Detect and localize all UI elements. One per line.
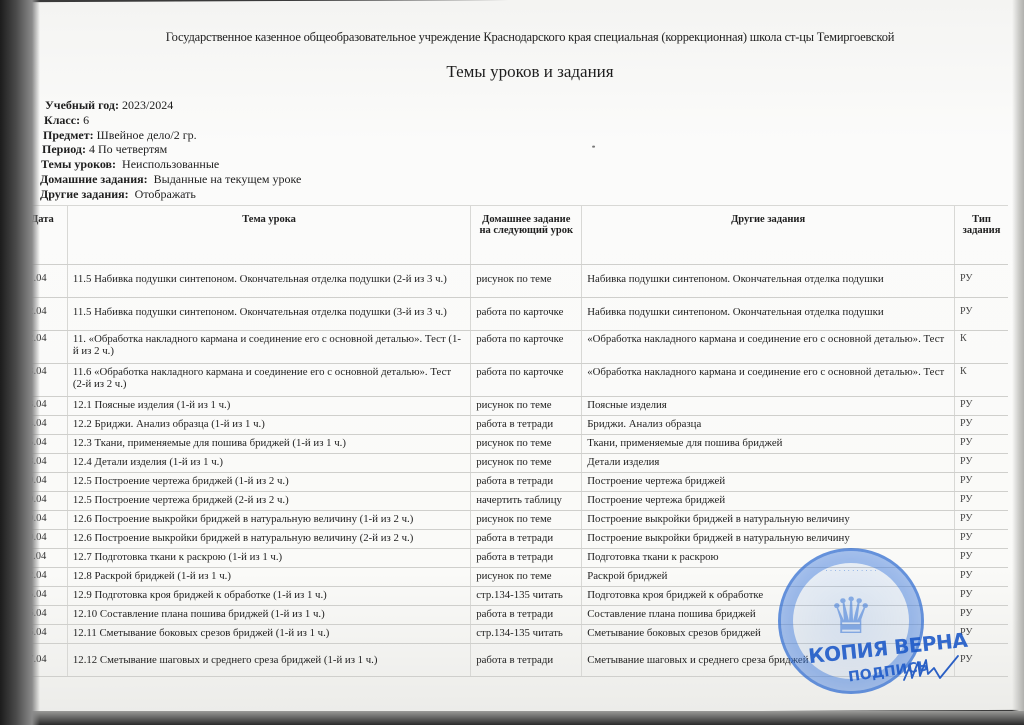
paper-speck (592, 146, 595, 148)
cell-topic: 12.9 Подготовка кроя бриджей к обработке… (67, 587, 470, 606)
photo-edge-bottom (0, 711, 1024, 725)
meta-other-tasks: Другие задания: Отображать (40, 187, 301, 202)
cell-topic: 12.12 Сметывание шаговых и среднего срез… (67, 644, 470, 677)
cell-task-type: РУ (955, 606, 1009, 625)
organization-name: Государственное казенное общеобразовател… (80, 30, 980, 45)
meta-period: Период: 4 По четвертям (40, 142, 301, 157)
meta-value: 4 По четвертям (89, 142, 167, 156)
cell-homework: рисунок по теме (471, 265, 582, 298)
meta-label: Другие задания: (40, 187, 129, 201)
cell-other-task: «Обработка накладного кармана и соединен… (582, 364, 955, 397)
meta-lesson-topics: Темы уроков: Неиспользованные (40, 157, 301, 172)
cell-task-type: РУ (955, 473, 1009, 492)
cell-other-task: Набивка подушки синтепоном. Окончательна… (582, 298, 955, 331)
cell-homework: работа в тетради (471, 606, 582, 625)
cell-other-task: Раскрой бриджей (582, 568, 955, 587)
cell-task-type: РУ (955, 435, 1009, 454)
table-row: 08.04 12.4 Детали изделия (1-й из 1 ч.) … (18, 454, 1008, 473)
cell-homework: стр.134-135 читать (471, 625, 582, 644)
meta-label: Учебный год: (45, 98, 119, 112)
photo-shadow-left (0, 0, 40, 725)
cell-other-task: Построение выкройки бриджей в натуральну… (582, 530, 955, 549)
cell-homework: начертить таблицу (471, 492, 582, 511)
cell-homework: рисунок по теме (471, 435, 582, 454)
cell-task-type: РУ (955, 397, 1009, 416)
cell-task-type: РУ (955, 511, 1009, 530)
cell-topic: 11.5 Набивка подушки синтепоном. Окончат… (67, 265, 470, 298)
header-task-type: Тип задания (955, 206, 1009, 265)
cell-topic: 11. «Обработка накладного кармана и соед… (67, 331, 470, 364)
cell-task-type: РУ (955, 568, 1009, 587)
cell-other-task: Бриджи. Анализ образца (582, 416, 955, 435)
cell-homework: работа по карточке (471, 331, 582, 364)
cell-other-task: «Обработка накладного кармана и соединен… (582, 331, 955, 364)
cell-other-task: Набивка подушки синтепоном. Окончательна… (582, 265, 955, 298)
table-row: 10.04 12.6 Построение выкройки бриджей в… (18, 511, 1008, 530)
cell-task-type: РУ (955, 587, 1009, 606)
meta-homework: Домашние задания: Выданные на текущем ур… (40, 172, 301, 187)
cell-other-task: Подготовка кроя бриджей к обработке (582, 587, 955, 606)
cell-other-task: Составление плана пошива бриджей (582, 606, 955, 625)
cell-homework: стр.134-135 читать (471, 587, 582, 606)
meta-value: Выданные на текущем уроке (154, 172, 302, 186)
cell-other-task: Построение чертежа бриджей (582, 492, 955, 511)
cell-topic: 12.5 Построение чертежа бриджей (2-й из … (67, 492, 470, 511)
table-row: 01.04 11.5 Набивка подушки синтепоном. О… (18, 265, 1008, 298)
photo-edge-right (1012, 0, 1024, 725)
lessons-table: Дата Тема урока Домашнее задание на след… (18, 205, 1008, 677)
table-row: 09.04 12.5 Построение чертежа бриджей (2… (18, 492, 1008, 511)
meta-label: Предмет: (43, 128, 94, 142)
cell-homework: работа в тетради (471, 416, 582, 435)
meta-value: Отображать (135, 187, 196, 201)
cell-other-task: Ткани, применяемые для пошива бриджей (582, 435, 955, 454)
page-title: Темы уроков и задания (80, 62, 980, 82)
table-header-row: Дата Тема урока Домашнее задание на след… (18, 206, 1008, 265)
cell-homework: работа в тетради (471, 549, 582, 568)
cell-topic: 12.2 Бриджи. Анализ образца (1-й из 1 ч.… (67, 416, 470, 435)
cell-homework: работа по карточке (471, 298, 582, 331)
table-row: 09.04 12.5 Построение чертежа бриджей (1… (18, 473, 1008, 492)
table-row: 02.04 11. «Обработка накладного кармана … (18, 331, 1008, 364)
cell-other-task: Детали изделия (582, 454, 955, 473)
meta-label: Период: (42, 142, 86, 156)
table-row: 16.04 12.10 Составление плана пошива бри… (18, 606, 1008, 625)
meta-value: 6 (83, 113, 89, 127)
header-other-tasks: Другие задания (582, 206, 955, 265)
table-row: 04.04 12.2 Бриджи. Анализ образца (1-й и… (18, 416, 1008, 435)
cell-task-type: РУ (955, 265, 1009, 298)
cell-task-type: РУ (955, 530, 1009, 549)
cell-homework: работа в тетради (471, 530, 582, 549)
cell-topic: 12.10 Составление плана пошива бриджей (… (67, 606, 470, 625)
cell-topic: 12.5 Построение чертежа бриджей (1-й из … (67, 473, 470, 492)
cell-topic: 12.8 Раскрой бриджей (1-й из 1 ч.) (67, 568, 470, 587)
cell-task-type: РУ (955, 454, 1009, 473)
table-row: 12.04 12.8 Раскрой бриджей (1-й из 1 ч.)… (18, 568, 1008, 587)
header-topic: Тема урока (67, 206, 470, 265)
cell-homework: рисунок по теме (471, 568, 582, 587)
cell-task-type: РУ (955, 492, 1009, 511)
meta-school-year: Учебный год: 2023/2024 (40, 98, 301, 113)
cell-homework: рисунок по теме (471, 454, 582, 473)
document-meta: Учебный год: 2023/2024 Класс: 6 Предмет:… (40, 98, 301, 202)
cell-topic: 12.6 Построение выкройки бриджей в натур… (67, 511, 470, 530)
cell-task-type: РУ (955, 298, 1009, 331)
table-row: 10.04 12.6 Построение выкройки бриджей в… (18, 530, 1008, 549)
cell-topic: 12.3 Ткани, применяемые для пошива бридж… (67, 435, 470, 454)
meta-class: Класс: 6 (40, 113, 301, 128)
cell-homework: работа по карточке (471, 364, 582, 397)
table-row: 05.04 12.3 Ткани, применяемые для пошива… (18, 435, 1008, 454)
meta-label: Домашние задания: (40, 172, 148, 186)
cell-homework: работа в тетради (471, 644, 582, 677)
meta-value: 2023/2024 (122, 98, 173, 112)
cell-task-type: РУ (955, 549, 1009, 568)
cell-topic: 12.11 Сметывание боковых срезов бриджей … (67, 625, 470, 644)
meta-value: Неиспользованные (122, 157, 219, 171)
cell-topic: 12.4 Детали изделия (1-й из 1 ч.) (67, 454, 470, 473)
table-row: 11.04 12.7 Подготовка ткани к раскрою (1… (18, 549, 1008, 568)
cell-task-type: К (955, 364, 1009, 397)
table-row: 03.04 11.6 «Обработка накладного кармана… (18, 364, 1008, 397)
cell-topic: 12.6 Построение выкройки бриджей в натур… (67, 530, 470, 549)
cell-task-type: РУ (955, 416, 1009, 435)
cell-topic: 12.7 Подготовка ткани к раскрою (1-й из … (67, 549, 470, 568)
meta-label: Класс: (44, 113, 80, 127)
header-homework: Домашнее задание на следующий урок (471, 206, 582, 265)
cell-other-task: Построение чертежа бриджей (582, 473, 955, 492)
cell-homework: рисунок по теме (471, 511, 582, 530)
meta-value: Швейное дело/2 гр. (97, 128, 197, 142)
cell-other-task: Поясные изделия (582, 397, 955, 416)
handwritten-signature-icon (900, 648, 960, 688)
cell-other-task: Подготовка ткани к раскрою (582, 549, 955, 568)
cell-task-type: К (955, 331, 1009, 364)
table-row: 15.04 12.9 Подготовка кроя бриджей к обр… (18, 587, 1008, 606)
cell-homework: работа в тетради (471, 473, 582, 492)
meta-subject: Предмет: Швейное дело/2 гр. (40, 128, 301, 143)
cell-homework: рисунок по теме (471, 397, 582, 416)
cell-topic: 11.6 «Обработка накладного кармана и сое… (67, 364, 470, 397)
cell-topic: 11.5 Набивка подушки синтепоном. Окончат… (67, 298, 470, 331)
meta-label: Темы уроков: (41, 157, 116, 171)
table-row: 03.04 12.1 Поясные изделия (1-й из 1 ч.)… (18, 397, 1008, 416)
cell-topic: 12.1 Поясные изделия (1-й из 1 ч.) (67, 397, 470, 416)
cell-other-task: Построение выкройки бриджей в натуральну… (582, 511, 955, 530)
table-row: 02.04 11.5 Набивка подушки синтепоном. О… (18, 298, 1008, 331)
